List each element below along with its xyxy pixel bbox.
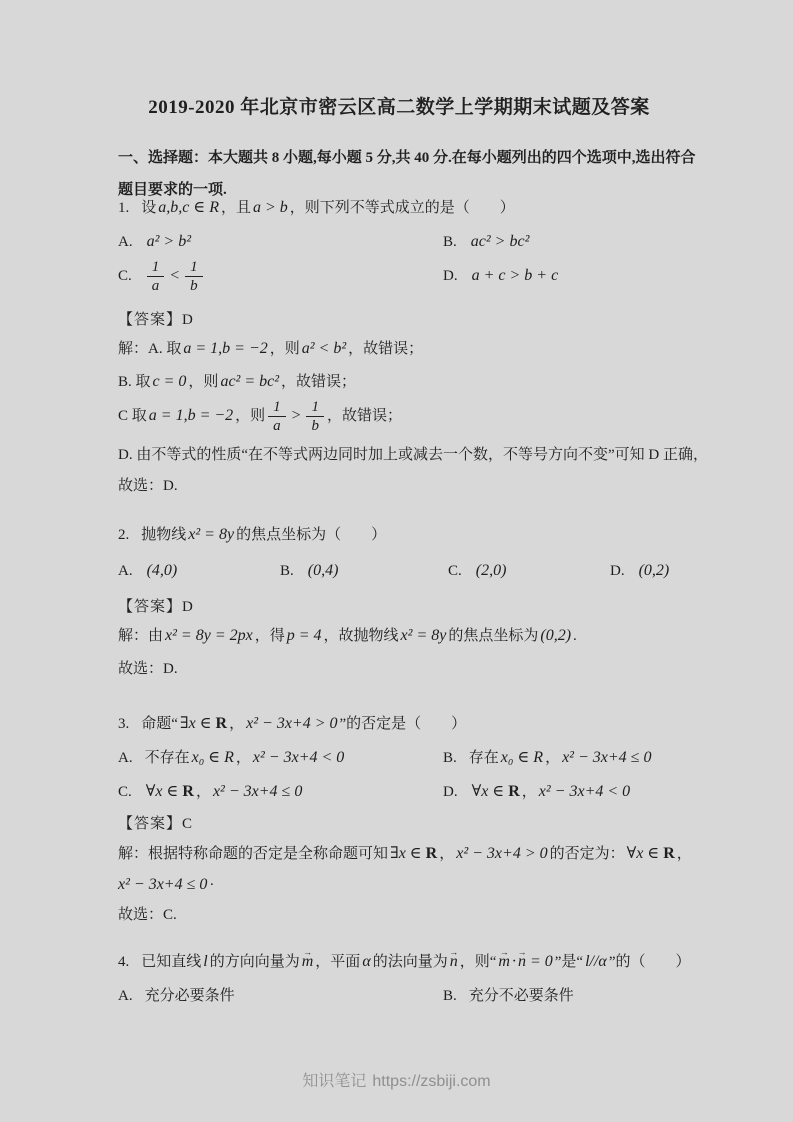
q1-exp-text: ，则 [188, 374, 218, 390]
q1-exp-text: ，故错误； [281, 374, 356, 390]
page-title: 2019-2020 年北京市密云区高二数学上学期期末试题及答案 [106, 92, 692, 119]
q2-option-a-label: A. [118, 563, 133, 579]
q4-dot-operator: · [512, 953, 516, 970]
q1-exp-operator: > [291, 407, 302, 424]
q1-option-a-formula: a² > b² [147, 233, 191, 250]
fraction: 1b [306, 399, 324, 434]
q4-parallel-expr: l//α [585, 953, 607, 970]
q1-option-c-label: C. [118, 268, 132, 284]
q4-option-a: A.充分必要条件 [118, 985, 235, 1007]
q3-answer-line: 【答案】C [118, 813, 192, 835]
q2-option-d: D.(0,2) [610, 560, 671, 582]
q2-stem-text: 抛物线 [141, 527, 186, 543]
q1-explanation-line1: 解：A. 取a = 1,b = −2，则a² < b²，故错误； [118, 338, 423, 360]
q2-stem-text: 的焦点坐标为（ ） [236, 527, 386, 543]
q1-explanation-line2: B. 取c = 0，则ac² = bc²，故错误； [118, 371, 356, 393]
q2-option-d-formula: (0,2) [639, 562, 670, 579]
q3-exp-text: · [209, 877, 214, 893]
q1-option-c: C.1a<1b [118, 253, 206, 299]
q1-option-a: A.a² > b² [118, 231, 193, 253]
q1-option-a-label: A. [118, 234, 133, 250]
q1-answer: D [182, 312, 193, 328]
q4-stem: 4.已知直线l的方向向量为m，平面α的法向量为n，则“m·n= 0”是“l//α… [118, 951, 691, 973]
fraction-denominator: b [185, 277, 203, 294]
q4-stem-text: ”是“ [555, 954, 583, 970]
q3-option-a: A.不存在x₀ ∈ R，x² − 3x+4 < 0 [118, 747, 346, 769]
q3-option-b-math: x² − 3x+4 ≤ 0 [562, 749, 651, 766]
answer-label: 【答案】 [118, 816, 182, 832]
q3-option-d-text: ， [522, 784, 537, 800]
q4-plane-alpha: α [362, 953, 370, 970]
q3-option-d-label: D. [443, 784, 458, 800]
q1-exp-math: c = 0 [153, 373, 187, 390]
q3-option-d-set-r: R [508, 783, 520, 800]
q1-exp-text: ，则 [270, 341, 300, 357]
q2-answer-line: 【答案】D [118, 596, 193, 618]
q2-option-b: B.(0,4) [280, 560, 340, 582]
fraction-denominator: a [147, 277, 165, 294]
q3-option-d-math: ∀x ∈ [472, 783, 505, 800]
q1-exp-text: ，则 [235, 408, 265, 424]
q1-stem-math: a > b [253, 199, 288, 216]
q4-stem-text: ，平面 [315, 954, 360, 970]
q3-exp-text: 的否定为： [550, 846, 625, 862]
q3-option-c-math: x² − 3x+4 ≤ 0 [213, 783, 302, 800]
q3-stem-text: ， [229, 716, 244, 732]
q3-option-c-text: ， [196, 784, 211, 800]
q1-exp-text: C 取 [118, 408, 147, 424]
q1-exp-math: ac² = bc² [220, 373, 279, 390]
vector-m: m [302, 951, 314, 973]
q3-exp-set-r: R [663, 845, 675, 862]
q1-exp-text: ，故错误； [348, 341, 423, 357]
q4-stem-text: 已知直线 [141, 954, 201, 970]
q3-exp-set-r: R [426, 845, 438, 862]
q2-number: 2. [118, 527, 129, 543]
q4-eq-zero: = 0 [530, 953, 553, 970]
q1-option-d-formula: a + c > b + c [472, 267, 559, 284]
q1-explanation-line4: D. 由不等式的性质“在不等式两边同时加上或减去一个数，不等号方向不变”可知 D… [118, 444, 708, 466]
q4-line-l: l [203, 953, 207, 970]
fraction-denominator: b [306, 417, 324, 434]
fraction-numerator: 1 [306, 399, 324, 417]
q2-exp-text: 解：由 [118, 628, 163, 644]
q1-conclusion: 故选：D. [118, 475, 178, 497]
q3-exp-math: x² − 3x+4 > 0 [456, 845, 547, 862]
q2-option-a-formula: (4,0) [147, 562, 178, 579]
fraction: 1b [185, 259, 203, 294]
q3-option-b-label: B. [443, 750, 457, 766]
q2-stem-math: x² = 8y [188, 526, 234, 543]
q3-exp-text: ， [677, 846, 692, 862]
vector-n: n [450, 951, 458, 973]
q2-explanation-line1: 解：由x² = 8y = 2px，得p = 4，故抛物线x² = 8y的焦点坐标… [118, 625, 577, 647]
q3-option-d-math: x² − 3x+4 < 0 [539, 783, 630, 800]
q1-exp-math: a² < b² [302, 340, 346, 357]
fraction-numerator: 1 [268, 399, 286, 417]
q1-exp-text: ，故错误； [327, 408, 402, 424]
q2-option-c-label: C. [448, 563, 462, 579]
q2-option-a: A.(4,0) [118, 560, 179, 582]
q3-exp-text: 解：根据特称命题的否定是全称命题可知 [118, 846, 388, 862]
q2-exp-text: . [573, 628, 577, 644]
fraction-numerator: 1 [185, 259, 203, 277]
q4-stem-text: ，则“ [460, 954, 497, 970]
q3-option-c-set-r: R [182, 783, 194, 800]
fraction: 1a [147, 259, 165, 294]
q1-exp-text: B. 取 [118, 374, 151, 390]
q1-stem-text: ，且 [221, 200, 251, 216]
page-footer: 知识笔记https://zsbiji.com [0, 1068, 793, 1091]
q1-stem: 1.设a,b,c ∈ R，且a > b，则下列不等式成立的是（ ） [118, 197, 515, 219]
q1-option-b-formula: ac² > bc² [471, 233, 530, 250]
q4-number: 4. [118, 954, 129, 970]
q3-exp-math: x² − 3x+4 ≤ 0 [118, 876, 207, 893]
q3-option-a-math: x₀ ∈ R [192, 749, 234, 766]
document-content: 2019-2020 年北京市密云区高二数学上学期期末试题及答案 一、选择题：本大… [118, 0, 680, 1122]
q2-exp-math: x² = 8y = 2px [165, 627, 253, 644]
q4-option-b-text: 充分不必要条件 [469, 988, 574, 1004]
q2-option-c-formula: (2,0) [476, 562, 507, 579]
fraction: 1a [268, 399, 286, 434]
q1-stem-math: a,b,c ∈ R [158, 199, 219, 216]
q4-option-b: B.充分不必要条件 [443, 985, 574, 1007]
q3-option-c-label: C. [118, 784, 132, 800]
answer-label: 【答案】 [118, 599, 182, 615]
q3-conclusion: 故选：C. [118, 904, 177, 926]
q4-stem-text: 的法向量为 [373, 954, 448, 970]
q1-option-b-label: B. [443, 234, 457, 250]
q3-exp-math: ∃x ∈ [390, 845, 422, 862]
q3-stem-text: ”的否定是（ ） [340, 716, 467, 732]
q3-stem: 3.命题“∃x ∈R，x² − 3x+4 > 0”的否定是（ ） [118, 713, 466, 735]
q3-stem-set-r: R [216, 715, 228, 732]
q2-option-c: C.(2,0) [448, 560, 508, 582]
q3-explanation-line2: x² − 3x+4 ≤ 0· [118, 874, 214, 896]
q3-exp-math: ∀x ∈ [627, 845, 660, 862]
q1-option-d: D.a + c > b + c [443, 253, 560, 299]
q3-number: 3. [118, 716, 129, 732]
q1-exp-text: 解：A. 取 [118, 341, 181, 357]
q1-exp-math: a = 1,b = −2 [149, 407, 233, 424]
q2-exp-text: ，故抛物线 [324, 628, 399, 644]
q3-option-b-math: x₀ ∈ R [501, 749, 543, 766]
fraction-numerator: 1 [147, 259, 165, 277]
q3-option-a-text: 不存在 [145, 750, 190, 766]
footer-link[interactable]: https://zsbiji.com [372, 1073, 490, 1090]
q3-option-a-text: ， [236, 750, 251, 766]
q1-exp-math: a = 1,b = −2 [183, 340, 267, 357]
q1-answer-line: 【答案】D [118, 309, 193, 331]
q2-stem: 2.抛物线x² = 8y的焦点坐标为（ ） [118, 524, 386, 546]
q2-exp-math: x² = 8y [401, 627, 447, 644]
q4-stem-text: 的方向向量为 [210, 954, 300, 970]
q2-exp-text: ，得 [255, 628, 285, 644]
q3-stem-math: x² − 3x+4 > 0 [246, 715, 337, 732]
answer-label: 【答案】 [118, 312, 182, 328]
q2-option-d-label: D. [610, 563, 625, 579]
q3-option-a-label: A. [118, 750, 133, 766]
fraction-denominator: a [268, 417, 286, 434]
q3-option-b-text: ， [545, 750, 560, 766]
q1-stem-text: 设 [141, 200, 156, 216]
q1-option-d-label: D. [443, 268, 458, 284]
q2-option-b-formula: (0,4) [308, 562, 339, 579]
footer-site-name: 知识笔记 [302, 1073, 366, 1090]
q3-stem-math: ∃x ∈ [180, 715, 212, 732]
q3-stem-text: 命题“ [141, 716, 178, 732]
q1-option-b: B.ac² > bc² [443, 231, 531, 253]
vector-n: n [518, 951, 526, 973]
q3-exp-text: ， [439, 846, 454, 862]
q2-exp-math: (0,2) [540, 627, 571, 644]
q1-explanation-line3: C 取a = 1,b = −2，则1a>1b，故错误； [118, 393, 402, 439]
q2-exp-text: 的焦点坐标为 [448, 628, 538, 644]
q3-option-c: C.∀x ∈R，x² − 3x+4 ≤ 0 [118, 781, 304, 803]
q2-answer: D [182, 599, 193, 615]
q1-number: 1. [118, 200, 129, 216]
q3-explanation-line1: 解：根据特称命题的否定是全称命题可知∃x ∈R，x² − 3x+4 > 0的否定… [118, 843, 692, 865]
q3-option-a-math: x² − 3x+4 < 0 [253, 749, 344, 766]
q4-option-a-label: A. [118, 988, 133, 1004]
q1-stem-text: ，则下列不等式成立的是（ ） [290, 200, 515, 216]
section-header-line1: 一、选择题：本大题共 8 小题,每小题 5 分,共 40 分.在每小题列出的四个… [118, 147, 696, 169]
q3-option-b: B.存在x₀ ∈ R，x² − 3x+4 ≤ 0 [443, 747, 653, 769]
q3-answer: C [182, 816, 192, 832]
q4-option-a-text: 充分必要条件 [145, 988, 235, 1004]
q4-option-b-label: B. [443, 988, 457, 1004]
q3-option-d: D.∀x ∈R，x² − 3x+4 < 0 [443, 781, 632, 803]
q2-conclusion: 故选：D. [118, 658, 178, 680]
vector-m: m [498, 951, 510, 973]
q3-option-b-text: 存在 [469, 750, 499, 766]
q2-option-b-label: B. [280, 563, 294, 579]
q2-exp-math: p = 4 [287, 627, 322, 644]
q4-stem-text: ”的（ ） [609, 954, 691, 970]
q1-option-c-operator: < [169, 267, 180, 284]
q3-option-c-math: ∀x ∈ [146, 783, 179, 800]
